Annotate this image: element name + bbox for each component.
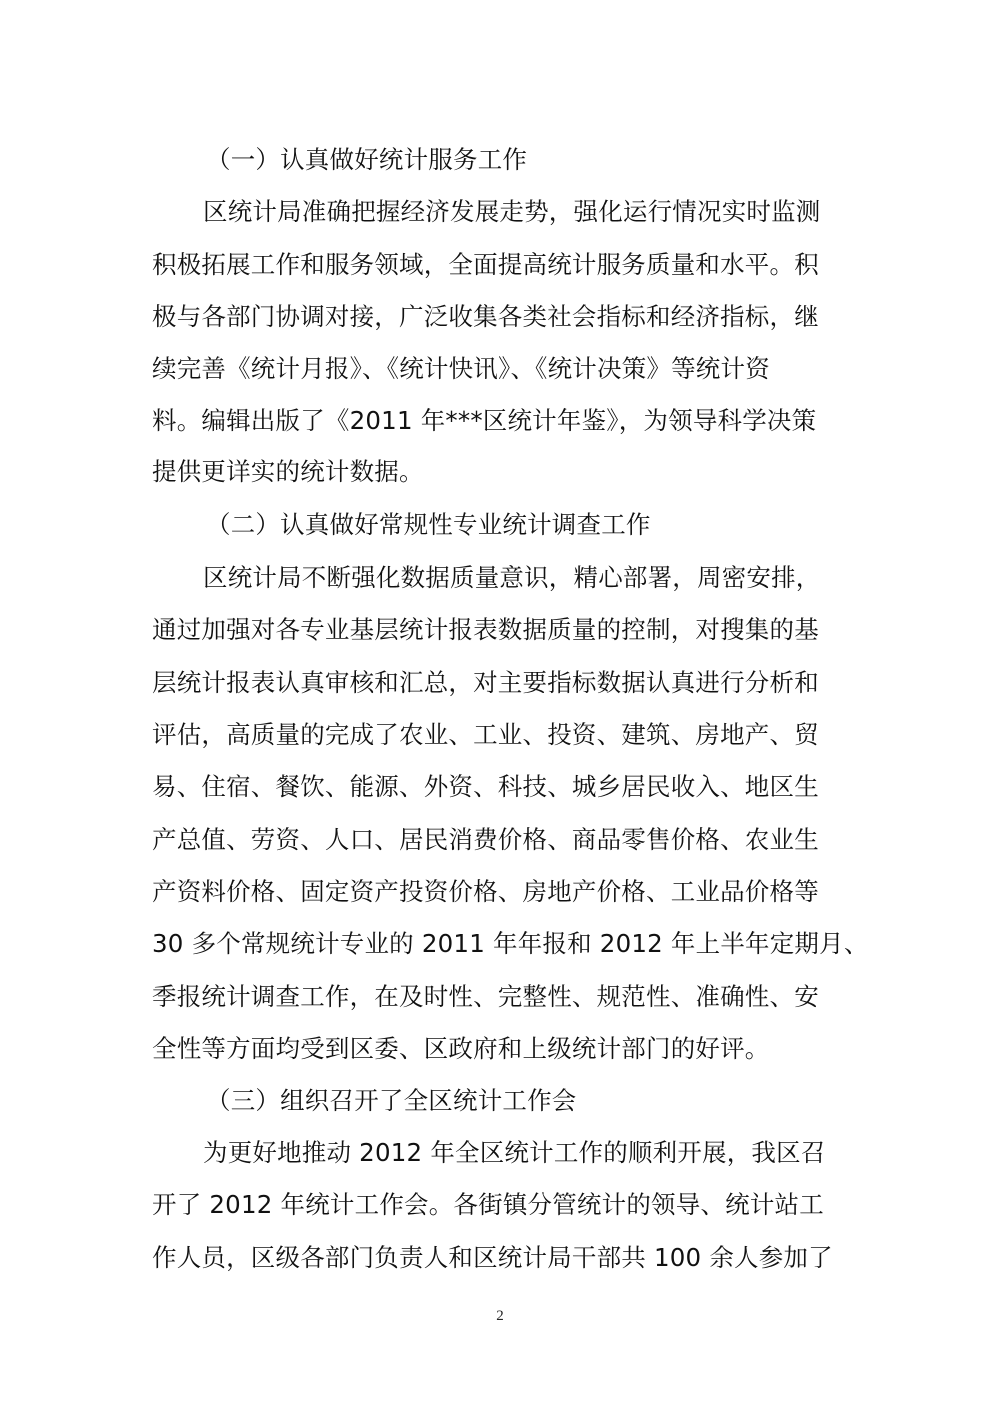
paragraph-line: 区统计局不断强化数据质量意识，精心部署，周密安排， <box>203 552 903 604</box>
paragraph-line: 开了 2012 年统计工作会。各街镇分管统计的领导、统计站工 <box>152 1179 852 1231</box>
paragraph-line: 全性等方面均受到区委、区政府和上级统计部门的好评。 <box>152 1023 852 1075</box>
document-page: （一）认真做好统计服务工作 区统计局准确把握经济发展走势，强化运行情况实时监测 … <box>0 0 1000 1415</box>
paragraph-line: 30 多个常规统计专业的 2011 年年报和 2012 年上半年定期月、 <box>152 918 852 970</box>
paragraph-line: 季报统计调查工作，在及时性、完整性、规范性、准确性、安 <box>152 971 852 1023</box>
paragraph-line: 提供更详实的统计数据。 <box>152 446 852 498</box>
paragraph-line: 区统计局准确把握经济发展走势，强化运行情况实时监测 <box>203 186 903 238</box>
paragraph-line: 料。编辑出版了《2011 年***区统计年鉴》，为领导科学决策 <box>152 395 852 447</box>
paragraph-line: 作人员，区级各部门负责人和区统计局干部共 100 余人参加了 <box>152 1232 852 1284</box>
paragraph-line: 通过加强对各专业基层统计报表数据质量的控制，对搜集的基 <box>152 604 852 656</box>
paragraph-line: 产资料价格、固定资产投资价格、房地产价格、工业品价格等 <box>152 866 852 918</box>
paragraph-line: 极与各部门协调对接，广泛收集各类社会指标和经济指标，继 <box>152 291 852 343</box>
section-heading-3: （三）组织召开了全区统计工作会 <box>206 1075 906 1127</box>
paragraph-line: 产总值、劳资、人口、居民消费价格、商品零售价格、农业生 <box>152 814 852 866</box>
paragraph-line: 层统计报表认真审核和汇总，对主要指标数据认真进行分析和 <box>152 657 852 709</box>
section-heading-2: （二）认真做好常规性专业统计调查工作 <box>206 499 906 551</box>
paragraph-line: 续完善《统计月报》、《统计快讯》、《统计决策》等统计资 <box>152 343 852 395</box>
page-number: 2 <box>0 1308 1000 1325</box>
paragraph-line: 易、住宿、餐饮、能源、外资、科技、城乡居民收入、地区生 <box>152 761 852 813</box>
paragraph-line: 为更好地推动 2012 年全区统计工作的顺利开展，我区召 <box>203 1127 903 1179</box>
paragraph-line: 积极拓展工作和服务领域，全面提高统计服务质量和水平。积 <box>152 239 852 291</box>
section-heading-1: （一）认真做好统计服务工作 <box>206 134 906 186</box>
paragraph-line: 评估，高质量的完成了农业、工业、投资、建筑、房地产、贸 <box>152 709 852 761</box>
